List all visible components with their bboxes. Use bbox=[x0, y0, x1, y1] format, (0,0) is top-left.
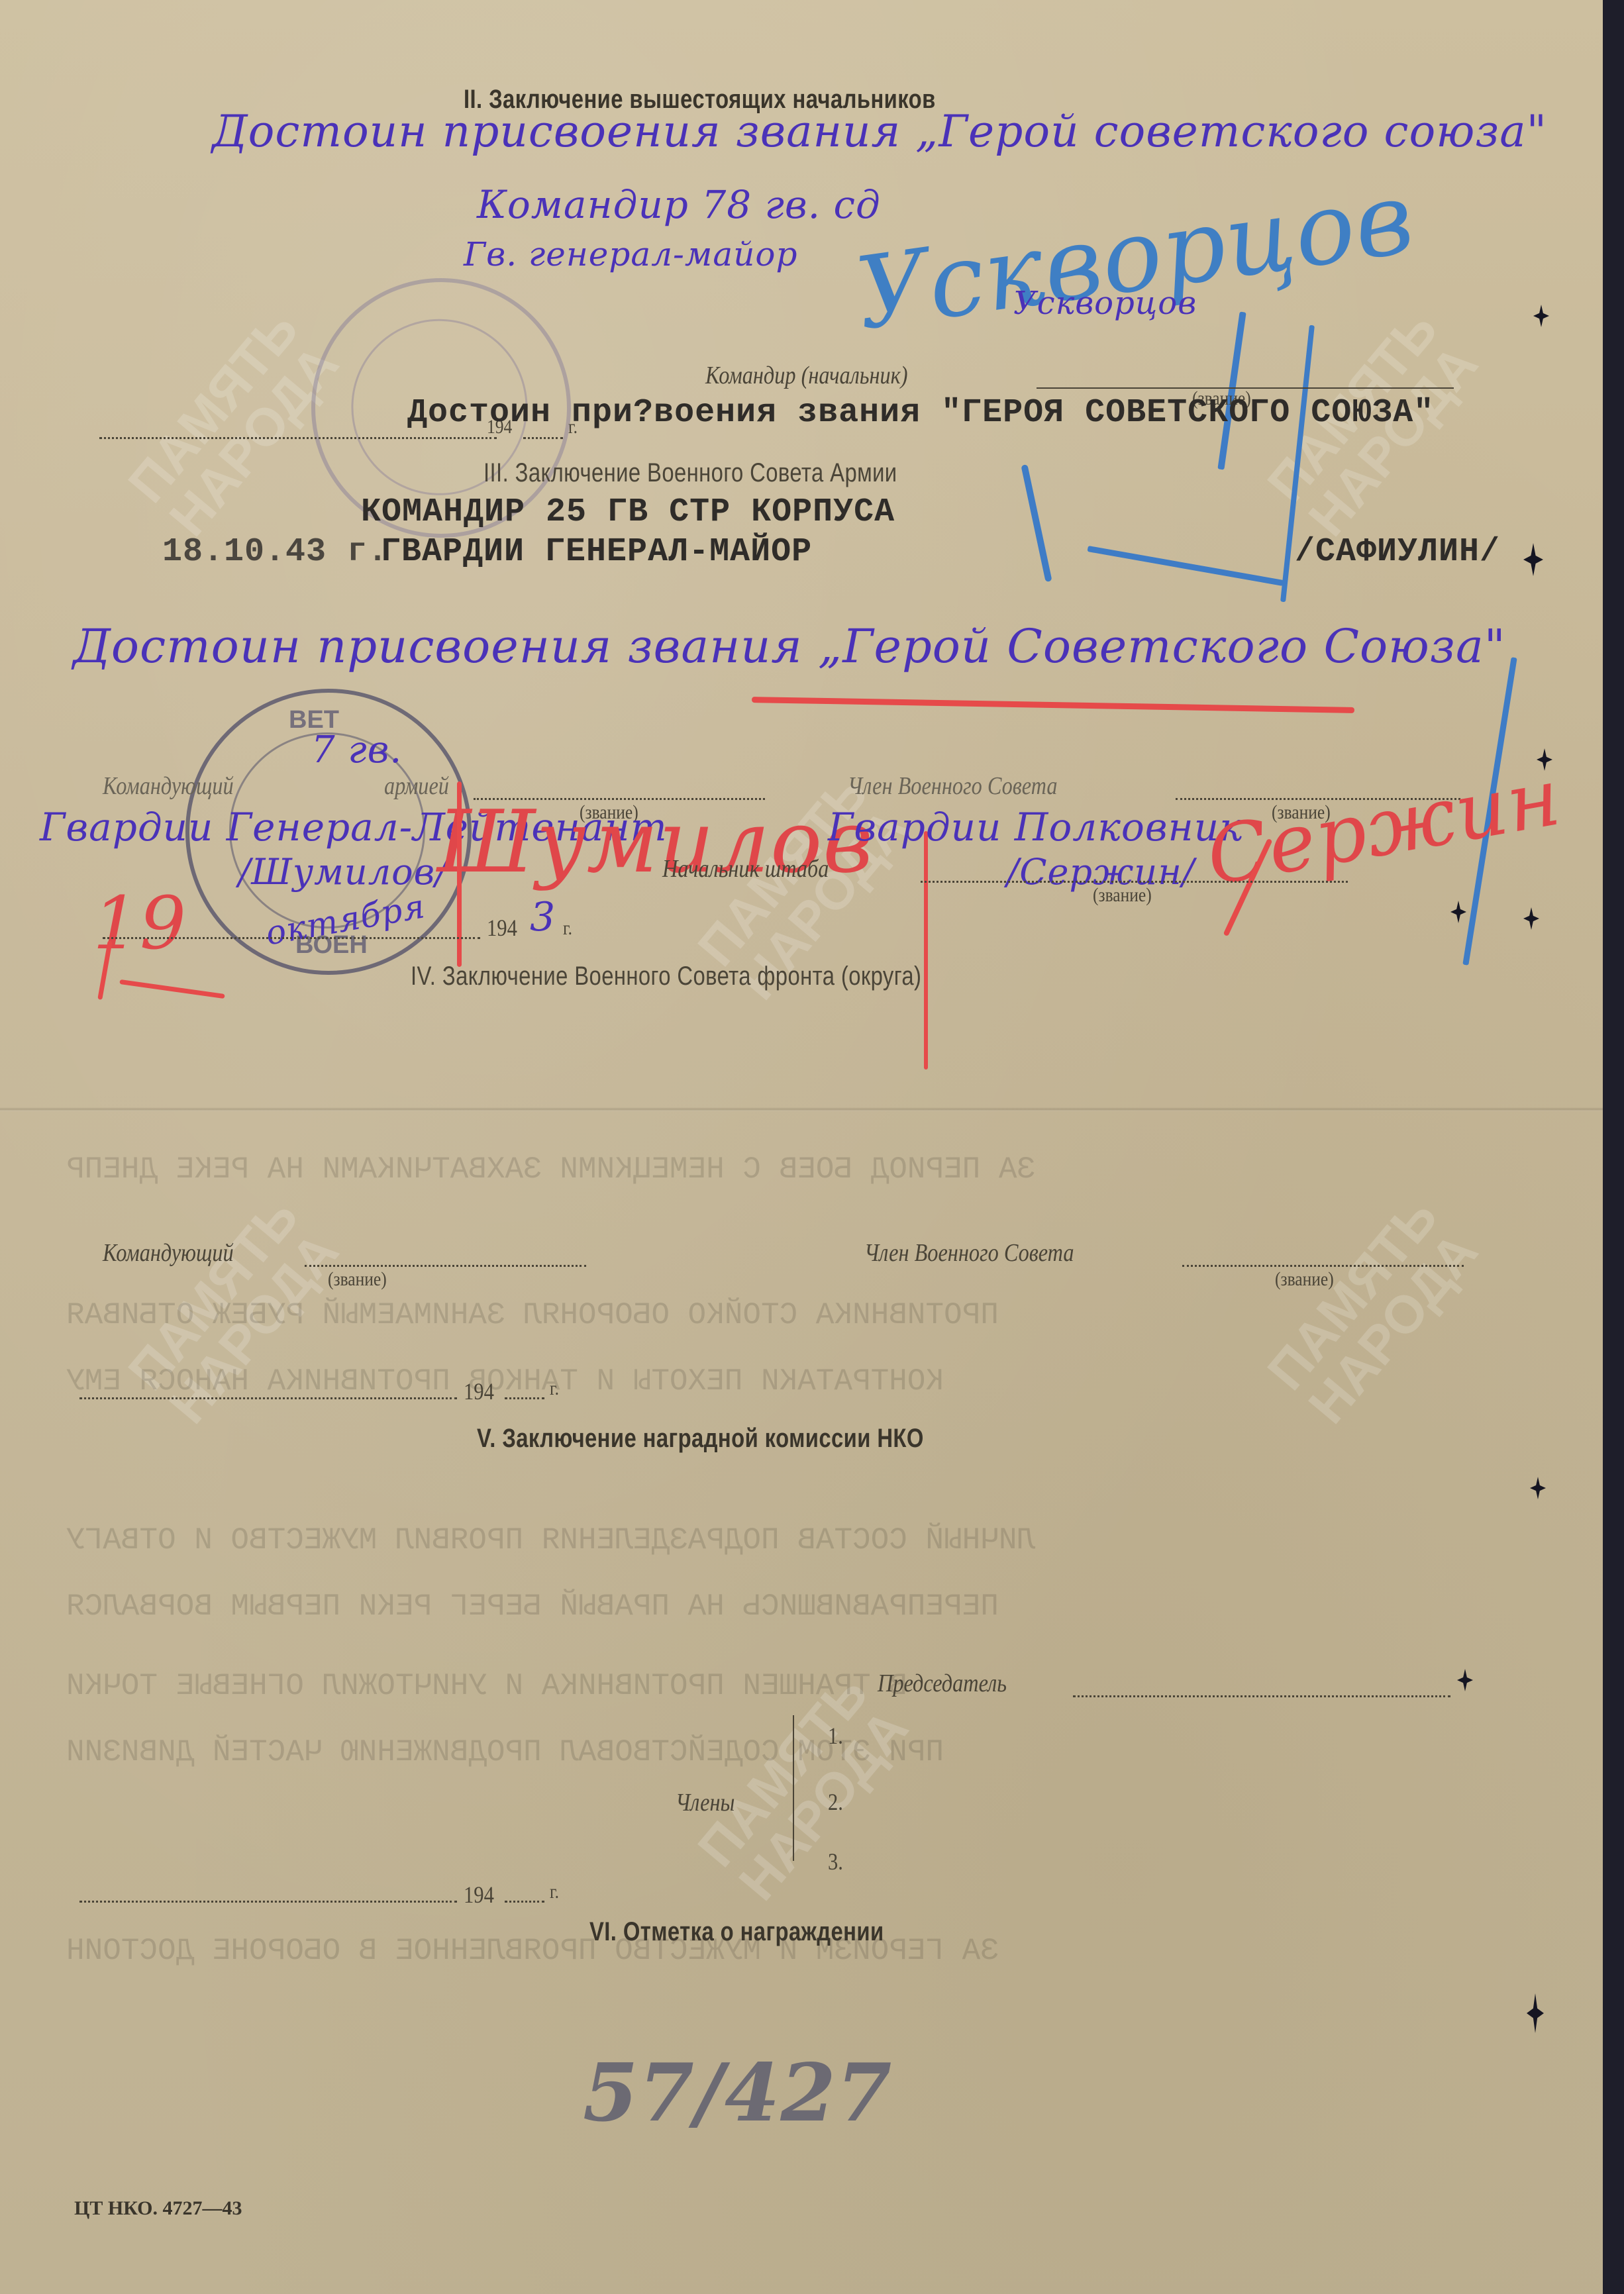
punch-hole bbox=[1530, 1477, 1546, 1499]
red-underline bbox=[752, 697, 1354, 713]
member-number-2: 2. bbox=[828, 1788, 843, 1816]
date-line-section-5 bbox=[79, 1901, 457, 1903]
front-commander-label: Командующий bbox=[103, 1238, 234, 1268]
date-line-section-4 bbox=[79, 1397, 457, 1399]
handwritten-date-year-digit: 3 bbox=[530, 894, 556, 940]
bleed-through-text: ЗА ПЕРИОД БОЕВ С НЕМЕЦКИМИ ЗАХВАТЧИКАМИ … bbox=[66, 1152, 1035, 1187]
handwritten-registration-number: 57/427 bbox=[583, 2046, 892, 2140]
print-code-footer: ЦТ НКО. 4727—43 bbox=[74, 2197, 242, 2220]
bleed-through-text: ПРОТИВНИКА СТОЙКО ОБОРОНЯЛ ЗАНИМАЕМЫЙ РУ… bbox=[66, 1298, 999, 1332]
typed-rank-guards-major-general: ГВАРДИИ ГЕНЕРАЛ-МАЙОР bbox=[381, 533, 812, 571]
typed-date: 18.10.43 г. bbox=[162, 533, 388, 571]
date-year-section-5: 194 bbox=[464, 1881, 494, 1909]
handwritten-position-78-gv-sd: Командир 78 гв. сд bbox=[477, 182, 881, 227]
punch-hole bbox=[1527, 1993, 1544, 2033]
date-line-section-3 bbox=[103, 937, 480, 939]
army-commander-label: Командующий bbox=[103, 772, 234, 801]
handwritten-commander-name: /Шумилов/ bbox=[238, 851, 448, 893]
council-member-label: Член Военного Совета bbox=[848, 772, 1058, 801]
member-number-1: 1. bbox=[828, 1722, 843, 1750]
handwritten-army-number: 7 гв. bbox=[311, 728, 402, 772]
section-4-heading: IV. Заключение Военного Совета фронта (о… bbox=[411, 962, 921, 991]
date-suffix-section-3: г. bbox=[563, 917, 572, 940]
red-stroke bbox=[119, 979, 225, 999]
section-6-heading: VI. Отметка о награждении bbox=[589, 1917, 884, 1947]
award-sheet-page: ПАМЯТЬНАРОДА ПАМЯТЬНАРОДА ПАМЯТЬНАРОДА П… bbox=[0, 0, 1603, 2294]
date-suffix-section-5: г. bbox=[550, 1881, 559, 1903]
commander-chief-label: Командир (начальник) bbox=[705, 361, 908, 390]
date-year-prefix-section-3: 194 bbox=[487, 914, 517, 942]
red-stroke bbox=[457, 781, 462, 967]
bleed-through-text: ЛИЧНЫЙ СОСТАВ ПОДРАЗДЕЛЕНИЯ ПРОЯВИЛ МУЖЕ… bbox=[66, 1523, 1035, 1558]
chief-of-staff-signature-line bbox=[921, 881, 1348, 883]
chairman-label: Председатель bbox=[878, 1669, 1007, 1698]
bleed-through-text: В ТРАНШЕИ ПРОТИВНИКА И УНИЧТОЖИЛ ОГНЕВЫЕ… bbox=[66, 1669, 907, 1703]
bleed-through-text: ПЕРЕПРАВИВШИСЬ НА ПРАВЫЙ БЕРЕГ РЕКИ ПЕРВ… bbox=[66, 1589, 999, 1624]
bleed-through-text: КОНТРАТАКИ ПЕХОТЫ И ТАНКОВ ПРОТИВНИКА НА… bbox=[66, 1364, 944, 1399]
chief-of-staff-rank-label: (звание) bbox=[1093, 884, 1152, 907]
date-year-section-4: 194 bbox=[464, 1377, 494, 1405]
members-bracket bbox=[793, 1715, 794, 1861]
punch-hole bbox=[1523, 907, 1539, 930]
bleed-through-text: ПРИ ЭТОМ СОДЕЙСТВОВАЛ ПРОДВИЖЕНИЮ ЧАСТЕЙ… bbox=[66, 1735, 944, 1770]
date-line-section-2 bbox=[99, 437, 497, 439]
punch-hole bbox=[1533, 305, 1549, 327]
date-suffix-section-4: г. bbox=[550, 1377, 559, 1400]
typed-conclusion-hero: Достоин при?воения звания "ГЕРОЯ СОВЕТСК… bbox=[407, 394, 1434, 432]
handwritten-conclusion-section-3: Достоин присвоения звания „Герой Советск… bbox=[73, 619, 1506, 673]
signature-blue-stroke bbox=[1087, 546, 1284, 586]
front-commander-signature-line bbox=[305, 1265, 586, 1267]
date-line-section-5-year bbox=[505, 1901, 544, 1903]
date-line-section-2-year bbox=[523, 437, 563, 439]
handwritten-name-uskvortsov: Ускворцов bbox=[1013, 285, 1197, 322]
section-3-heading: III. Заключение Военного Совета Армии bbox=[483, 458, 897, 488]
typed-position-25-gv-str-korpusa: КОМАНДИР 25 ГВ СТР КОРПУСА bbox=[361, 493, 895, 531]
red-stroke bbox=[924, 831, 928, 1070]
punch-hole bbox=[1457, 1669, 1473, 1691]
members-label: Члены bbox=[676, 1788, 735, 1817]
front-council-member-rank-label: (звание) bbox=[1275, 1268, 1334, 1291]
front-commander-rank-label: (звание) bbox=[328, 1268, 387, 1291]
handwritten-rank-gv-general-major: Гв. генерал-майор bbox=[464, 235, 798, 274]
front-council-member-label: Член Военного Совета bbox=[864, 1238, 1074, 1268]
signature-blue-upper: Ускворцов bbox=[849, 160, 1421, 352]
chief-of-staff-label: Начальник штаба bbox=[662, 854, 829, 883]
chairman-signature-line bbox=[1073, 1695, 1450, 1697]
handwritten-council-member-rank: Гвардии Полковник bbox=[828, 805, 1243, 850]
handwritten-conclusion-section-2: Достоин присвоения звания „Герой советск… bbox=[212, 106, 1547, 157]
date-line-section-4-year bbox=[505, 1397, 544, 1399]
member-number-3: 3. bbox=[828, 1848, 843, 1875]
front-council-member-signature-line bbox=[1182, 1265, 1464, 1267]
paper-fold bbox=[0, 1107, 1603, 1111]
section-5-heading: V. Заключение наградной комиссии НКО bbox=[477, 1424, 924, 1454]
watermark-right-mid: ПАМЯТЬНАРОДА bbox=[1258, 1189, 1487, 1433]
punch-hole bbox=[1450, 901, 1466, 923]
